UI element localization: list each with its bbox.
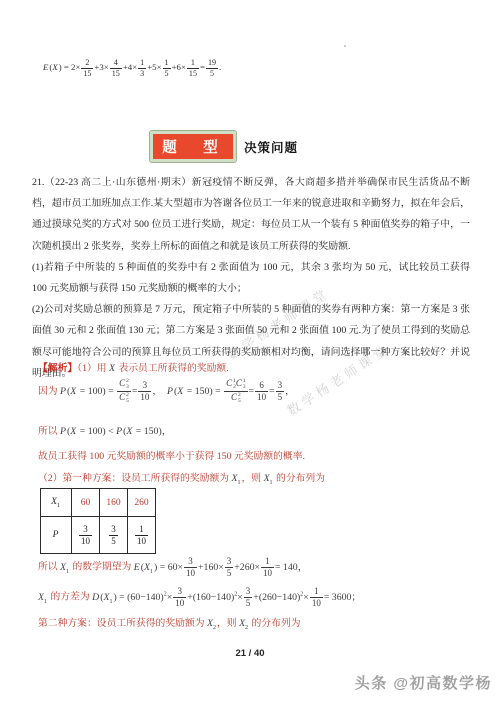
dist-label: 的分布列为 (274, 473, 325, 484)
solution-line-5: （2）第一种方案：设员工所获得的奖励额为 X1，则 X1 的分布列为 (38, 470, 325, 486)
formula-variance: D(X1) = (60−140)2×310+(160−140)2×35+(260… (92, 592, 361, 603)
solution-line-1: 【解析】（1）用 X 表示员工所获得的奖励额. (38, 360, 229, 374)
toutiao-watermark: 头条 @初高数学杨 (355, 672, 492, 693)
var-x2: X2 (207, 618, 217, 629)
table-cell-prob: 35 (100, 517, 128, 554)
table-cell-prob: 110 (128, 517, 156, 554)
table-cell-value: 160 (100, 489, 128, 517)
table-cell-prob: 310 (72, 517, 100, 554)
table-cell-value: 60 (72, 489, 100, 517)
formula-p-x-150: P(X = 150) = C12C13C25=610=35， (167, 386, 295, 397)
problem-para-2: (1)若箱子中所装的 5 种面值的奖券中有 2 张面值为 100 元，其余 3 … (32, 257, 470, 299)
stray-scan-mark (344, 45, 346, 47)
then-label: ，则 (217, 618, 239, 629)
topic-title: 决策问题 (244, 138, 298, 156)
solution-line-3: 所以 P(X = 100) < P(X = 150)， (38, 423, 172, 437)
solution-line-8: X1 的方差为 D(X1) = (60−140)2×310+(160−140)2… (38, 586, 361, 609)
table-cell-p-header: P (41, 517, 72, 554)
then-label: ，则 (242, 473, 264, 484)
expectation-label: 的数学期望为 (70, 562, 134, 573)
distribution-table-x1: X1 60 160 260 P 310 35 110 (40, 488, 156, 554)
var-x: X (109, 363, 116, 374)
solution-line-7: 所以 X1 的数学期望为 E(X1) = 60×310+160×35+260×1… (38, 556, 308, 579)
problem-statement: 21.（22-23 高二上·山东德州·期末）新冠疫情不断反弹，各大商超多措并举确… (32, 172, 470, 384)
page-number: 21 / 40 (0, 648, 500, 659)
badge-label: 题 型 (162, 136, 224, 157)
var-x1: X1 (38, 592, 48, 603)
so-label: 所以 (38, 562, 60, 573)
var-x1: X1 (232, 473, 242, 484)
dist-label: 的分布列为 (249, 618, 300, 629)
table-row: X1 60 160 260 (41, 489, 156, 517)
table-row: P 310 35 110 (41, 517, 156, 554)
solution-line-2: 因为 P(X = 100) = C23C25=310， P(X = 150) =… (38, 378, 295, 405)
formula-p-x-100: P(X = 100) = C23C25=310， (60, 386, 162, 397)
var-x1: X1 (264, 473, 274, 484)
analysis-label: 【解析】 (38, 363, 77, 374)
formula-expectation: E(X1) = 60×310+160×35+260×110= 140， (134, 562, 308, 573)
solution-line-4: 故员工获得 100 元奖励额的概率小于获得 150 元奖励额的概率. (38, 448, 305, 462)
question-type-badge: 题 型 (150, 131, 236, 162)
var-x2: X2 (239, 618, 249, 629)
table-cell-value: 260 (128, 489, 156, 517)
var-x1: X1 (60, 562, 70, 573)
variance-label: 的方差为 (48, 592, 92, 603)
solution-text: 表示员工所获得的奖励额. (116, 363, 229, 374)
document-page: E(X) = 2×215+3×415+4×13+5×15+6×115=195. … (0, 0, 500, 707)
solution-text: （1）用 (77, 363, 109, 374)
problem-para-1: 21.（22-23 高二上·山东德州·期末）新冠疫情不断反弹，各大商超多措并举确… (32, 172, 470, 257)
plan2-label: 第二种方案：设员工所获得的奖励额为 (38, 618, 207, 629)
so-label: 所以 (38, 426, 60, 437)
formula-compare: P(X = 100) < P(X = 150)， (60, 426, 171, 437)
plan1-label: （2）第一种方案：设员工所获得的奖励额为 (38, 473, 232, 484)
because-label: 因为 (38, 386, 60, 397)
previous-expectation-formula: E(X) = 2×215+3×415+4×13+5×15+6×115=195. (43, 58, 221, 78)
solution-line-9: 第二种方案：设员工所获得的奖励额为 X2，则 X2 的分布列为 (38, 615, 301, 631)
table-cell-x1-header: X1 (41, 489, 72, 517)
